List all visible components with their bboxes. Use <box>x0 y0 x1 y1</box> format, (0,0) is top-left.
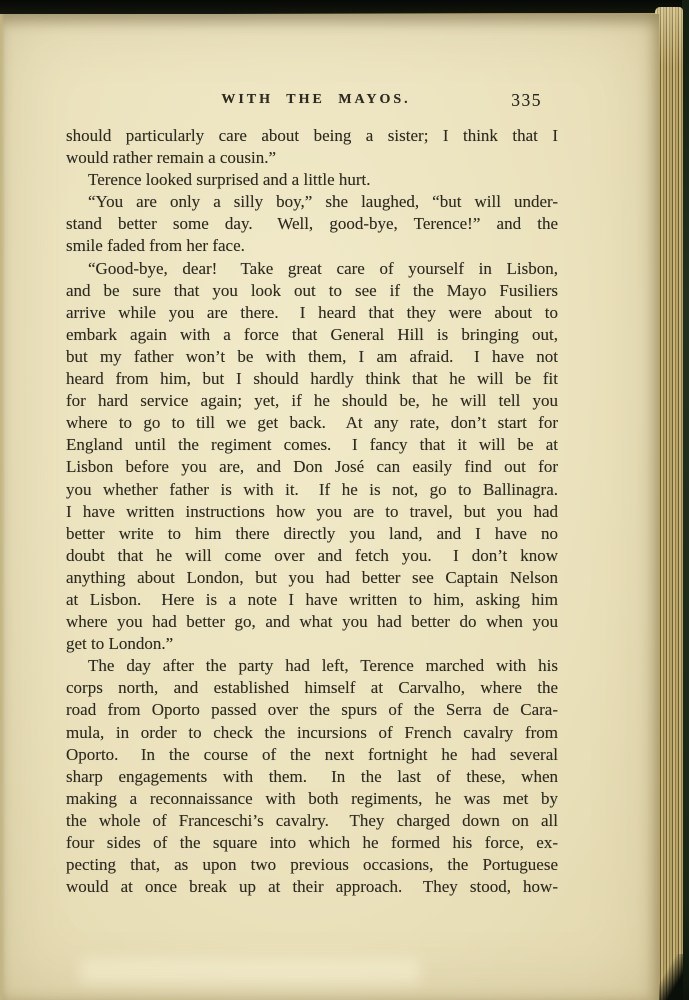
text-line: I have written instructions how you are … <box>66 501 558 523</box>
text-line: and be sure that you look out to see if … <box>66 280 558 302</box>
text-line: arrive while you are there. I heard that… <box>66 302 558 324</box>
text-line: get to London.” <box>66 633 558 655</box>
text-line: would at once break up at their approach… <box>66 876 558 898</box>
text-line: Lisbon before you are, and Don José can … <box>66 456 558 478</box>
text-line: doubt that he will come over and fetch y… <box>66 545 558 567</box>
page-header: WITH THE MAYOS. 335 <box>66 90 558 112</box>
paragraph: “Good-bye, dear! Take great care of your… <box>66 258 558 656</box>
text-line: embark again with a force that General H… <box>66 324 558 346</box>
text-line: where you had better go, and what you ha… <box>66 611 558 633</box>
text-line: road from Oporto passed over the spurs o… <box>66 699 558 721</box>
text-line: better write to him there directly you l… <box>66 523 558 545</box>
text-line: for hard service again; yet, if he shoul… <box>66 390 558 412</box>
text-line: corps north, and established himself at … <box>66 677 558 699</box>
text-line: should particularly care about being a s… <box>66 125 558 147</box>
text-line: England until the regiment comes. I fanc… <box>66 434 558 456</box>
paragraph: Terence looked surprised and a little hu… <box>66 169 558 191</box>
book-cover-right <box>682 0 689 1000</box>
text-line: at Lisbon. Here is a note I have written… <box>66 589 558 611</box>
book-page: WITH THE MAYOS. 335 should particularly … <box>0 14 659 1000</box>
text-line: mula, in order to check the incursions o… <box>66 722 558 744</box>
text-line: stand better some day. Well, good-bye, T… <box>66 213 558 235</box>
text-line: the whole of Franceschi’s cavalry. They … <box>66 810 558 832</box>
text-line: anything about London, but you had bette… <box>66 567 558 589</box>
text-line: would rather remain a cousin.” <box>66 147 558 169</box>
text-line: where to go to till we get back. At any … <box>66 412 558 434</box>
text-line: you whether father is with it. If he is … <box>66 479 558 501</box>
paragraph: should particularly care about being a s… <box>66 125 558 169</box>
text-line: four sides of the square into which he f… <box>66 832 558 854</box>
text-line: Terence looked surprised and a little hu… <box>66 169 558 191</box>
text-line: Oporto. In the course of the next fortni… <box>66 744 558 766</box>
text-line: smile faded from her face. <box>66 235 558 257</box>
book-cover-top <box>0 0 689 15</box>
book-scan: WITH THE MAYOS. 335 should particularly … <box>0 0 689 1000</box>
text-line: making a reconnaissance with both regime… <box>66 788 558 810</box>
running-title: WITH THE MAYOS. <box>70 92 562 108</box>
text-line: pecting that, as upon two previous occas… <box>66 854 558 876</box>
text-line: heard from him, but I should hardly thin… <box>66 368 558 390</box>
paragraph: “You are only a silly boy,” she laughed,… <box>66 191 558 257</box>
page-fore-edges <box>655 7 683 1000</box>
text-line: but my father won’t be with them, I am a… <box>66 346 558 368</box>
text-line: “You are only a silly boy,” she laughed,… <box>66 191 558 213</box>
text-line: The day after the party had left, Terenc… <box>66 655 558 677</box>
text-line: “Good-bye, dear! Take great care of your… <box>66 258 558 280</box>
paragraph: The day after the party had left, Terenc… <box>66 655 558 898</box>
page-content-area: WITH THE MAYOS. 335 should particularly … <box>66 14 558 898</box>
page-number: 335 <box>511 90 542 111</box>
text-block: should particularly care about being a s… <box>66 125 558 898</box>
text-line: sharp engagements with them. In the last… <box>66 766 558 788</box>
